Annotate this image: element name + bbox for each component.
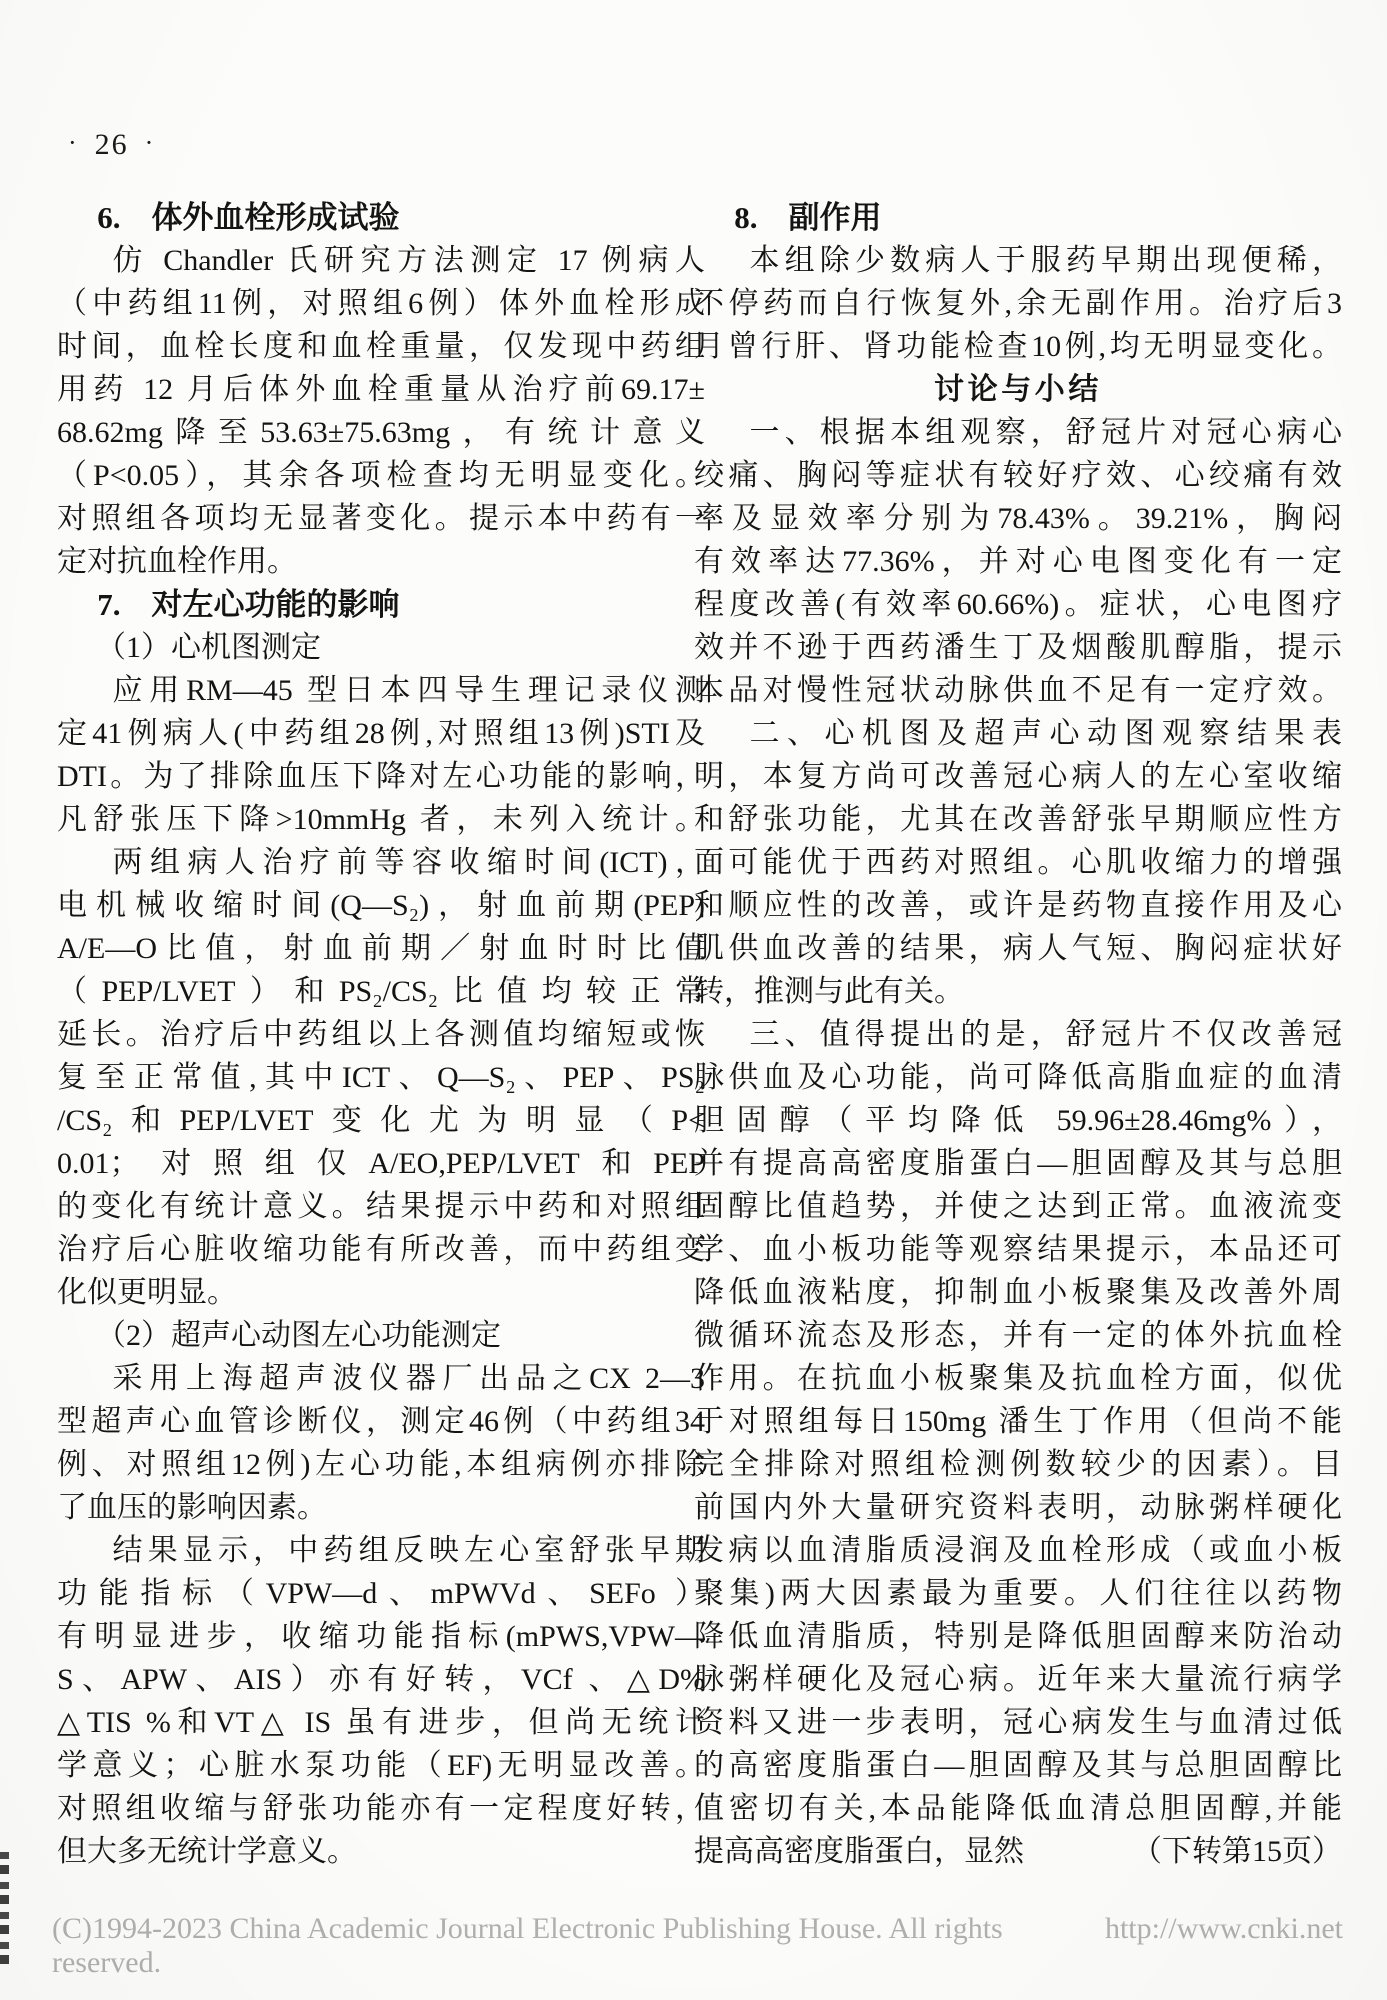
page-number-value: 26 [95,128,129,162]
text-line: 学意义；心脏水泵功能（EF)无明显改善。 [57,1744,705,1787]
text-line: 转，推测与此有关。 [694,970,1342,1013]
text-line: 68.62mg降至53.63±75.63mg，有统计意义 [57,411,705,454]
text-line: 一、根据本组观察，舒冠片对冠心病心 [694,411,1342,454]
text-line: 资料又进一步表明，冠心病发生与血清过低 [694,1701,1342,1744]
footer-url: http://www.cnki.net [1105,1912,1343,1946]
subsection-heading: （2）超声心动图左心功能测定 [57,1314,705,1357]
text-line: 但大多无统计学意义。 [57,1830,705,1873]
text-line: 有效率达77.36%，并对心电图变化有一定 [694,540,1342,583]
text-line: 电机械收缩时间(Q—S₂)，射血前期(PEP) [57,884,705,927]
text-line: 脉粥样硬化及冠心病。近年来大量流行病学 [694,1658,1342,1701]
text-line: 复至正常值,其中ICT、Q—S₂、PEP、PS₂ [57,1056,705,1099]
text-line: 作用。在抗血小板聚集及抗血栓方面，似优 [694,1357,1342,1400]
text-line: 对照组收缩与舒张功能亦有一定程度好转， [57,1787,705,1830]
text-line: （中药组11例，对照组6例）体外血栓形成 [57,282,705,325]
text-line: 和顺应性的改善，或许是药物直接作用及心 [694,884,1342,927]
text-line: 结果显示，中药组反映左心室舒张早期 [57,1529,705,1572]
footer: (C)1994-2023 China Academic Journal Elec… [52,1912,1343,1980]
text-line: （P<0.05），其余各项检查均无明显变化。 [57,454,705,497]
text-line: 采用上海超声波仪器厂出品之CX 2—3 [57,1357,705,1400]
text-line: 两组病人治疗前等容收缩时间(ICT)， [57,841,705,884]
text-line: 于对照组每日150mg 潘生丁作用（但尚不能 [694,1400,1342,1443]
scan-binding-artifact [0,1852,9,1967]
text-line: 二、心机图及超声心动图观察结果表 [694,712,1342,755]
text-line-left: 提高高密度脂蛋白，显然 [694,1830,1024,1873]
page-number: · 26 · [68,128,155,162]
text-line: 本品对慢性冠状动脉供血不足有一定疗效。 [694,669,1342,712]
text-line: 微循环流态及形态，并有一定的体外抗血栓 [694,1314,1342,1357]
text-line: 0.01；对照组仅A/EO,PEP/LVET和PEP [57,1142,705,1185]
text-line: 和舒张功能，尤其在改善舒张早期顺应性方 [694,798,1342,841]
page-number-right-dot: · [145,128,156,158]
text-line: 例、对照组12例)左心功能,本组病例亦排除 [57,1443,705,1486]
section-heading: 8. 副作用 [694,196,1342,239]
text-line: 仿 Chandler 氏研究方法测定 17 例病人 [57,239,705,282]
text-line: 三、值得提出的是，舒冠片不仅改善冠 [694,1013,1342,1056]
text-line: 并有提高高密度脂蛋白—胆固醇及其与总胆 [694,1142,1342,1185]
text-line: 提高高密度脂蛋白，显然（下转第15页） [694,1830,1342,1873]
text-line: 脉供血及心功能，尚可降低高脂血症的血清 [694,1056,1342,1099]
text-line: （PEP/LVET）和PS₂/CS₂比值均较正常 [57,970,705,1013]
text-line: 对照组各项均无显著变化。提示本中药有一 [57,497,705,540]
text-line: 定41例病人(中药组28例,对照组13例)STI及 [57,712,705,755]
text-line: 用药 12 月后体外血栓重量从治疗前69.17± [57,368,705,411]
text-line: 本组除少数病人于服药早期出现便稀， [694,239,1342,282]
page-number-left-dot: · [68,128,79,158]
text-line: 聚集)两大因素最为重要。人们往往以药物 [694,1572,1342,1615]
column-left: 6. 体外血栓形成试验仿 Chandler 氏研究方法测定 17 例病人（中药组… [57,196,705,1873]
column-right: 8. 副作用本组除少数病人于服药早期出现便稀，不停药而自行恢复外,余无副作用。治… [694,196,1342,1873]
centered-heading: 讨论与小结 [694,368,1342,411]
text-line: DTI。为了排除血压下降对左心功能的影响， [57,755,705,798]
text-line: 前国内外大量研究资料表明，动脉粥样硬化 [694,1486,1342,1529]
text-line: 肌供血改善的结果，病人气短、胸闷症状好 [694,927,1342,970]
text-line: 定对抗血栓作用。 [57,540,705,583]
text-line: 了血压的影响因素。 [57,1486,705,1529]
text-line: 治疗后心脏收缩功能有所改善，而中药组变 [57,1228,705,1271]
text-line: 型超声心血管诊断仪，测定46例（中药组34 [57,1400,705,1443]
text-line: 降低血液粘度，抑制血小板聚集及改善外周 [694,1271,1342,1314]
text-line: 绞痛、胸闷等症状有较好疗效、心绞痛有效 [694,454,1342,497]
text-line: 发病以血清脂质浸润及血栓形成（或血小板 [694,1529,1342,1572]
text-line: 固醇比值趋势，并使之达到正常。血液流变 [694,1185,1342,1228]
text-line: 面可能优于西药对照组。心肌收缩力的增强 [694,841,1342,884]
text-line: 值密切有关,本品能降低血清总胆固醇,并能 [694,1787,1342,1830]
text-line: 应用RM—45 型日本四导生理记录仪测 [57,669,705,712]
text-line: 效并不逊于西药潘生丁及烟酸肌醇脂，提示 [694,626,1342,669]
subsection-heading: （1）心机图测定 [57,626,705,669]
text-line: 功能指标（VPW—d、mPWVd、SEFo ） [57,1572,705,1615]
text-line: 化似更明显。 [57,1271,705,1314]
text-line: 时间，血栓长度和血栓重量，仅发现中药组 [57,325,705,368]
text-line: S、APW、AIS）亦有好转，VCf 、△D% [57,1658,705,1701]
text-line: 胆固醇（平均降低 59.96±28.46mg%）， [694,1099,1342,1142]
text-line: 月曾行肝、肾功能检查10例,均无明显变化。 [694,325,1342,368]
text-line: 凡舒张压下降>10mmHg 者，未列入统计。 [57,798,705,841]
text-line: 的变化有统计意义。结果提示中药和对照组 [57,1185,705,1228]
text-line: △TIS %和VT△ IS 虽有进步，但尚无统计 [57,1701,705,1744]
text-line: 不停药而自行恢复外,余无副作用。治疗后3 [694,282,1342,325]
section-heading: 7. 对左心功能的影响 [57,583,705,626]
text-line: 程度改善(有效率60.66%)。症状，心电图疗 [694,583,1342,626]
scanned-journal-page: { "page": { "number": "26", "dot": "·" }… [0,0,1387,2000]
text-line: /CS₂和PEP/LVET变化尤为明显（P< [57,1099,705,1142]
text-line: 的高密度脂蛋白—胆固醇及其与总胆固醇比 [694,1744,1342,1787]
text-line: 学、血小板功能等观察结果提示，本品还可 [694,1228,1342,1271]
footer-copyright: (C)1994-2023 China Academic Journal Elec… [52,1912,1105,1980]
text-line: A/E—O比值，射血前期／射血时时比值 [57,927,705,970]
continuation-note: （下转第15页） [1132,1830,1342,1873]
text-line: 明，本复方尚可改善冠心病人的左心室收缩 [694,755,1342,798]
text-line: 完全排除对照组检测例数较少的因素）。目 [694,1443,1342,1486]
text-line: 有明显进步，收缩功能指标(mPWS,VPW— [57,1615,705,1658]
text-line: 延长。治疗后中药组以上各测值均缩短或恢 [57,1013,705,1056]
section-heading: 6. 体外血栓形成试验 [57,196,705,239]
text-line: 降低血清脂质，特别是降低胆固醇来防治动 [694,1615,1342,1658]
text-line: 率及显效率分别为78.43%。39.21%，胸闷 [694,497,1342,540]
